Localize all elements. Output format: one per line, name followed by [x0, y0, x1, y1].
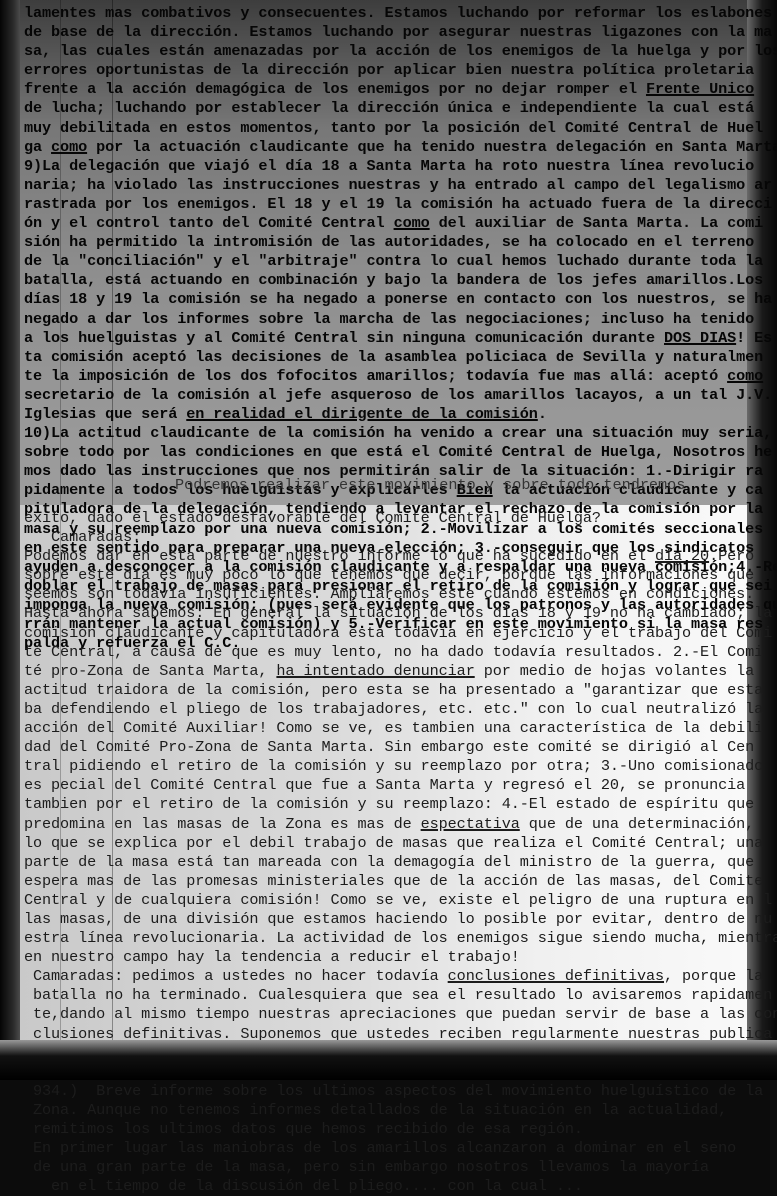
text-line: las masas, de una división que estamos h… — [24, 910, 764, 929]
text-line: Camaradas: — [24, 528, 764, 547]
text-line: a los huelguistas y al Comité Central si… — [24, 329, 764, 348]
text-line: secretario de la comisión al jefe asquer… — [24, 386, 764, 405]
text-line: Camaradas: pedimos a ustedes no hacer to… — [24, 967, 764, 986]
text-line: de base de la dirección. Estamos luchand… — [24, 23, 764, 42]
text-line: estra línea revolucionaria. La actividad… — [24, 929, 764, 948]
text-line: 9)La delegación que viajó el día 18 a Sa… — [24, 157, 764, 176]
text-line: lamentes mas combativos y consecuentes. … — [24, 4, 764, 23]
text-line: tambien por el retiro de la comisión y s… — [24, 795, 764, 814]
text-line: 10)La actitud claudicante de la comisión… — [24, 424, 764, 443]
text-line: predomina en las masas de la Zona es mas… — [24, 815, 764, 834]
text-line: actitud traidora de la comisión, pero es… — [24, 681, 764, 700]
text-line: té pro-Zona de Santa Marta, ha intentado… — [24, 662, 764, 681]
text-line: éxito, dado el estado desfavorable del C… — [24, 509, 764, 528]
text-line: ba defendiendo el pliego de los trabajad… — [24, 700, 764, 719]
text-line: espera mas de las promesas ministeriales… — [24, 872, 764, 891]
text-line: ón y el control tanto del Comité Central… — [24, 214, 764, 233]
text-line: de lucha; luchando por establecer la dir… — [24, 99, 764, 118]
text-line: rastrada por los enemigos. El 18 y el 19… — [24, 195, 764, 214]
text-line: sión ha permitido la intromisión de las … — [24, 233, 764, 252]
text-line: tral pidiendo el retiro de la comisión y… — [24, 757, 764, 776]
text-line: sobre este día es muy poco lo que tenemo… — [24, 566, 764, 585]
text-line: lo que se explica por el debil trabajo d… — [24, 834, 764, 853]
text-line: Hasta ahora sabemos: En general la situa… — [24, 604, 764, 623]
text-line: té Central, a causa de que es muy lento,… — [24, 643, 764, 662]
text-line: Podemos dar en esta parte de nuestro inf… — [24, 547, 764, 566]
text-line: acción del Comité Auxiliar! Como se ve, … — [24, 719, 764, 738]
overlapping-typed-line: Podremos realizar este movimiento y sobr… — [175, 476, 685, 494]
text-line: ga como por la actuación claudicante que… — [24, 138, 764, 157]
text-line: días 18 y 19 la comisión se ha negado a … — [24, 290, 764, 309]
text-line: seemos son todavía insuficientes. Amplia… — [24, 585, 764, 604]
text-line: parte de la masa está tan mareada con la… — [24, 853, 764, 872]
text-line: frente a la acción demagógica de los ene… — [24, 80, 764, 99]
text-line: batalla, está actuando en combinación y … — [24, 271, 764, 290]
text-line: te,dando al mismo tiempo nuestras apreci… — [24, 1005, 764, 1024]
lower-typewritten-text: éxito, dado el estado desfavorable del C… — [24, 509, 764, 1080]
text-line: te la imposición de los dos fofocitos am… — [24, 367, 764, 386]
text-line: en nuestro campo hay la tendencia a redu… — [24, 948, 764, 967]
text-line: sa, las cuales están amenazadas por la a… — [24, 42, 764, 61]
text-line: errores oportunistas de la dirección por… — [24, 61, 764, 80]
text-line: sobre todo por las condiciones en que es… — [24, 443, 764, 462]
text-line: Iglesias que será en realidad el dirigen… — [24, 405, 764, 424]
text-line: negado a dar los informes sobre la march… — [24, 310, 764, 329]
text-line: de la "conciliación" y el "arbitraje" co… — [24, 252, 764, 271]
text-line: naria; ha violado las instrucciones nues… — [24, 176, 764, 195]
text-line: Central y de cualquiera comisión! Como s… — [24, 891, 764, 910]
text-line: dad del Comité Pro-Zona de Santa Marta. … — [24, 738, 764, 757]
text-line: es pecial del Comité Central que fue a S… — [24, 776, 764, 795]
text-line: comisión claudicante y capituladora está… — [24, 624, 764, 643]
scanned-page: lamentes mas combativos y consecuentes. … — [0, 0, 777, 1080]
text-line: ta comisión aceptó las decisiones de la … — [24, 348, 764, 367]
text-line: muy debilitada en estos momentos, tanto … — [24, 119, 764, 138]
text-line: batalla no ha terminado. Cualesquiera qu… — [24, 986, 764, 1005]
scan-bottom-shadow — [0, 1040, 777, 1080]
scan-left-edge — [0, 0, 22, 1080]
